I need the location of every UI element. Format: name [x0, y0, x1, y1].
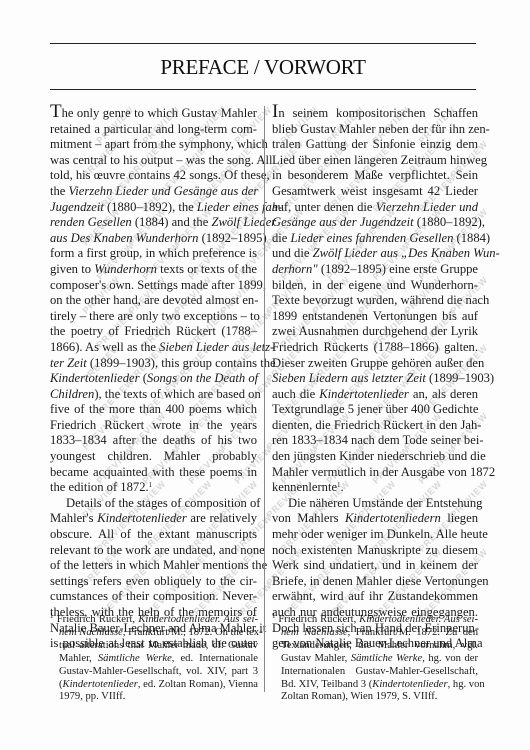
text-line: die Lieder eines fahrenden Gesellen (188…	[272, 231, 478, 247]
text-line: Texte bevorzugt wurden, während die nach	[272, 293, 478, 309]
footnote-line: nem Nachlasse, Frankfurt/M. 1872. Zu den	[272, 627, 478, 640]
text-line: was central to his output – was the song…	[50, 153, 257, 169]
footnote-line: 1 Friedrich Rückert, Kindertodtenlieder.…	[272, 614, 478, 627]
text-line: Gesänge aus der Jugendzeit (1880–1892),	[272, 215, 478, 231]
text-line: Kindertotenlieder (Songs on the Death of	[50, 371, 257, 387]
text-line: auf, unter denen die Vierzehn Lieder und	[272, 200, 478, 216]
text-line: Lied über einen längeren Zeitraum hinweg	[272, 153, 478, 169]
text-line: In seinem kompositorischen Schaffen	[272, 104, 478, 122]
document-page: PREFACE / VORWORT The only genre to whic…	[0, 0, 530, 750]
text-line: zwei Ausnahmen durchgehend der Lyrik	[272, 324, 478, 340]
text-line: of the letters in which Mahler mentions …	[50, 558, 257, 574]
footnote-line: Gustav-Mahler-Gesellschaft, vol. XIV, pa…	[50, 666, 258, 679]
footnote-line: 1 Friedrich Rückert, Kindertodtenlieder.…	[50, 614, 258, 627]
text-line: Briefe, in denen Mahler diese Vertonunge…	[272, 574, 478, 590]
text-line: on the other hand, are devoted almost en…	[50, 293, 257, 309]
text-line: auch die Kindertotenlieder an, als deren	[272, 387, 478, 403]
text-line: tralen Gattung der Sinfonie einzig dem	[272, 137, 478, 153]
text-line: Jugendzeit (1880–1892), the Lieder eines…	[50, 200, 257, 216]
text-line: ren 1833–1834 nach dem Tode seiner bei-	[272, 433, 478, 449]
footnote-line: (Kindertotenlieder, ed. Zoltan Roman), V…	[50, 679, 258, 692]
text-line: noch existenten Manuskripte zu diesem	[272, 543, 478, 559]
title-rule-top	[50, 43, 476, 44]
german-column: In seinem kompositorischen Schaffenblieb…	[272, 104, 478, 652]
text-line: 1866). As well as the Sieben Lieder aus …	[50, 340, 257, 356]
text-line: ter Zeit (1899–1903), this group contain…	[50, 356, 257, 372]
text-line: five of the more than 400 poems which	[50, 402, 257, 418]
text-line: Dieser zweiten Gruppe gehören außer den	[272, 356, 478, 372]
text-line: kennenlernte1.	[272, 480, 478, 496]
title-rule-bottom	[50, 89, 476, 90]
footnote-line: Internationalen Gustav-Mahler-Gesellscha…	[272, 666, 478, 679]
text-line: relevant to the work are undated, and no…	[50, 543, 257, 559]
text-line: the poetry of Friedrich Rückert (1788–	[50, 324, 257, 340]
text-line: und die Zwölf Lieder aus „Des Knaben Wun…	[272, 246, 478, 262]
footnote-line: Bd. XIV, Teilband 3 (Kindertotenlieder, …	[272, 679, 478, 692]
text-line: Mahler vermutlich in der Ausgabe von 187…	[272, 465, 478, 481]
footnote-line: Zoltan Roman), Wien 1979, S. VIIff.	[272, 691, 478, 704]
text-line: derhorn" (1892–1895) eine erste Gruppe	[272, 262, 478, 278]
text-line: retained a particular and long-term com-	[50, 122, 257, 138]
text-line: composer's own. Settings made after 1899…	[50, 278, 257, 294]
text-line: cumstances of their composition. Never-	[50, 589, 257, 605]
text-line: given to Wunderhorn texts or texts of th…	[50, 262, 257, 278]
text-line: tirely – there are only two exceptions –…	[50, 309, 257, 325]
column-divider	[264, 106, 265, 692]
text-line: aus Des Knaben Wunderhorn (1892–1895)	[50, 231, 257, 247]
footnote-line: tual alterations that Mahler made, cf. G…	[50, 640, 258, 653]
page-title: PREFACE / VORWORT	[50, 53, 476, 81]
text-line: blieb Gustav Mahler neben der für ihn ze…	[272, 122, 478, 138]
text-line: form a first group, in which preference …	[50, 246, 257, 262]
text-line: bilden, in der eigene und Wunderhorn-	[272, 278, 478, 294]
english-column: The only genre to which Gustav Mahlerret…	[50, 104, 257, 652]
text-line: 1833–1834 after the deaths of his two	[50, 433, 257, 449]
text-line: Details of the stages of composition of	[50, 496, 257, 512]
text-line: Die näheren Umstände der Entstehung	[272, 496, 478, 512]
text-line: Textgrundlage 5 jener über 400 Gedichte	[272, 402, 478, 418]
footnote-line: Mahler, Sämtliche Werke, ed. Internation…	[50, 653, 258, 666]
english-footnote: 1 Friedrich Rückert, Kindertodtenlieder.…	[50, 614, 258, 704]
text-line: The only genre to which Gustav Mahler	[50, 104, 257, 122]
text-line: renden Gesellen (1884) and the Zwölf Lie…	[50, 215, 257, 231]
footnote-line: Textänderungen, die Mahler vornahm, vgl.	[272, 640, 478, 653]
text-line: von Mahlers Kindertotenliedern liegen	[272, 511, 478, 527]
text-line: Children), the texts of which are based …	[50, 387, 257, 403]
text-line: Sieben Liedern aus letzter Zeit (1899–19…	[272, 371, 478, 387]
text-line: obscure. All of the extant manuscripts	[50, 527, 257, 543]
text-line: Gesamtwerk weist insgesamt 42 Lieder	[272, 184, 478, 200]
footnote-line: 1979, pp. VIIff.	[50, 691, 258, 704]
footnote-line: nem Nachlasse, Frankfurt/M., 1872. On th…	[50, 627, 258, 640]
text-line: dienten, die Friedrich Rückert in den Ja…	[272, 418, 478, 434]
text-line: den jüngsten Kinder niederschrieb und di…	[272, 449, 478, 465]
text-line: Friedrich Rückert wrote in the years	[50, 418, 257, 434]
text-line: the Vierzehn Lieder und Gesänge aus der	[50, 184, 257, 200]
text-line: the edition of 1872.1	[50, 480, 257, 496]
text-line: settings refers even obliquely to the ci…	[50, 574, 257, 590]
text-line: erwähnt, wird auf ihr Zustandekommen	[272, 589, 478, 605]
text-line: mehr oder weniger im Dunkeln. Alle heute	[272, 527, 478, 543]
text-line: Werk sind undatiert, und in keinem der	[272, 558, 478, 574]
text-line: Friedrich Rückerts (1788–1866) galten.	[272, 340, 478, 356]
text-line: became acquainted with these poems in	[50, 465, 257, 481]
footnote-line: Gustav Mahler, Sämtliche Werke, hg. von …	[272, 653, 478, 666]
text-line: mitment – apart from the symphony, which	[50, 137, 257, 153]
text-line: told, his œuvre contains 42 songs. Of th…	[50, 168, 257, 184]
text-line: Mahler's Kindertotenlieder are relativel…	[50, 511, 257, 527]
text-line: 1899 entstandenen Vertonungen bis auf	[272, 309, 478, 325]
german-footnote: 1 Friedrich Rückert, Kindertodtenlieder.…	[272, 614, 478, 704]
text-line: youngest children. Mahler probably	[50, 449, 257, 465]
text-line: in besonderem Maße verpflichtet. Sein	[272, 168, 478, 184]
